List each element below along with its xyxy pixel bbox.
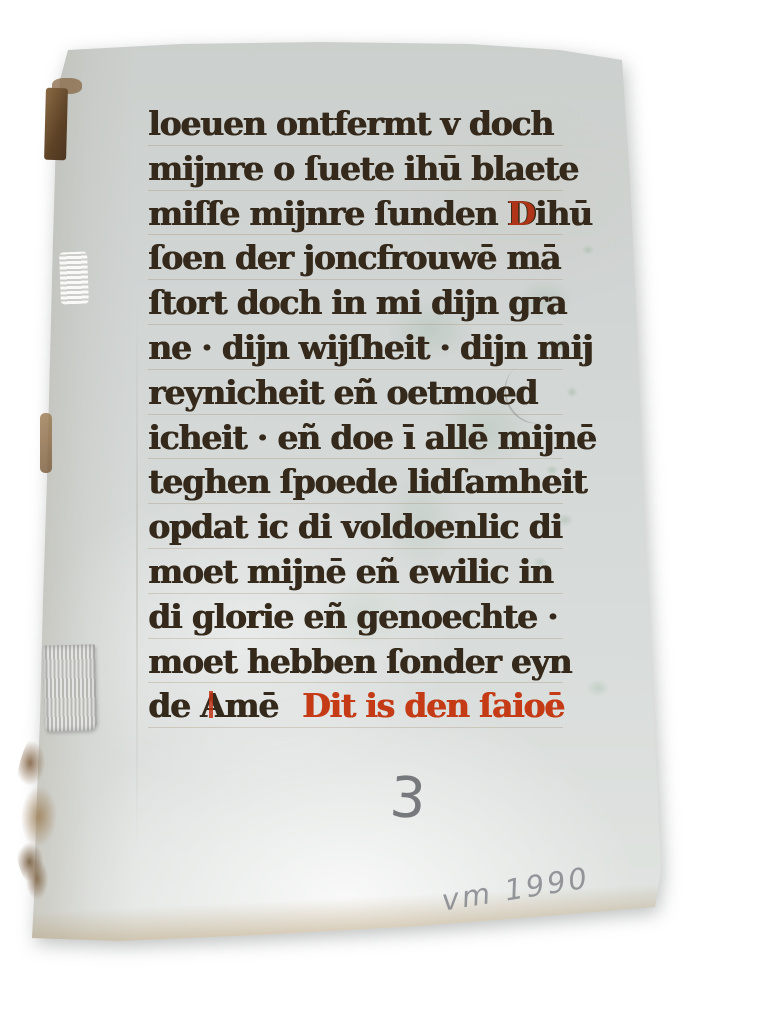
rubricated-initial: D xyxy=(507,194,534,233)
amen-red-stroke: Amē xyxy=(200,683,278,729)
manuscript-line: teghen ſpoede lidſamheit xyxy=(148,459,563,504)
binding-stub-white xyxy=(59,252,89,305)
repair-tape xyxy=(43,644,97,731)
text-segment: moet hebben ſonder eyn xyxy=(148,642,571,681)
text-segment: icheit · eñ doe ī allē mijnē xyxy=(148,418,596,457)
binding-stub-top xyxy=(44,88,68,161)
manuscript-line: reynicheit eñ oetmoed xyxy=(148,370,563,415)
manuscript-line: loeuen ontfermt v doch xyxy=(148,101,563,146)
text-block: loeuen ontfermt v doch mijnre o ſuete ih… xyxy=(148,101,563,728)
manuscript-leaf: loeuen ontfermt v doch mijnre o ſuete ih… xyxy=(0,0,768,1024)
manuscript-line: di glorie eñ genoechte · xyxy=(148,594,563,639)
manuscript-line: icheit · eñ doe ī allē mijnē xyxy=(148,415,563,460)
text-segment: ſoen der joncfrouwē mā xyxy=(148,238,560,277)
text-segment: ſtort doch in mi dijn gra xyxy=(148,283,566,322)
photo-background: loeuen ontfermt v doch mijnre o ſuete ih… xyxy=(0,0,768,1024)
text-segment: ihū xyxy=(535,194,592,233)
text-segment: moet mijnē eñ ewilic in xyxy=(148,552,553,591)
manuscript-line: opdat ic di voldoenlic di xyxy=(148,504,563,549)
manuscript-line: moet hebben ſonder eyn xyxy=(148,639,563,684)
text-segment: miſſe mijnre ſunden xyxy=(148,194,507,233)
manuscript-line: moet mijnē eñ ewilic in xyxy=(148,549,563,594)
manuscript-line: mijnre o ſuete ihū blaete xyxy=(148,146,563,191)
binding-streak xyxy=(40,413,52,473)
manuscript-line: ſoen der joncfrouwē mā xyxy=(148,235,563,280)
manuscript-line: ne · dijn wijſheit · dijn mij xyxy=(148,325,563,370)
manuscript-line: de AmēDit is den ſaioē xyxy=(148,683,563,728)
text-segment: reynicheit eñ oetmoed xyxy=(148,373,537,412)
text-segment: di glorie eñ genoechte · xyxy=(148,597,557,636)
leaf-shadow-wrap: loeuen ontfermt v doch mijnre o ſuete ih… xyxy=(0,0,768,1024)
text-segment: mijnre o ſuete ihū blaete xyxy=(148,149,578,188)
manuscript-line: miſſe mijnre ſunden Dihū xyxy=(148,191,563,236)
text-segment: de xyxy=(148,686,200,725)
text-segment: opdat ic di voldoenlic di xyxy=(148,507,562,546)
crease-line xyxy=(136,300,138,860)
rubric-text: Dit is den ſaioē xyxy=(302,686,564,725)
folio-number: 3 xyxy=(388,765,428,832)
manuscript-line: ſtort doch in mi dijn gra xyxy=(148,280,563,325)
glue-residue-lower xyxy=(24,848,50,910)
text-segment: loeuen ontfermt v doch xyxy=(148,104,553,143)
text-segment: ne · dijn wijſheit · dijn mij xyxy=(148,328,592,367)
text-segment: teghen ſpoede lidſamheit xyxy=(148,462,586,501)
